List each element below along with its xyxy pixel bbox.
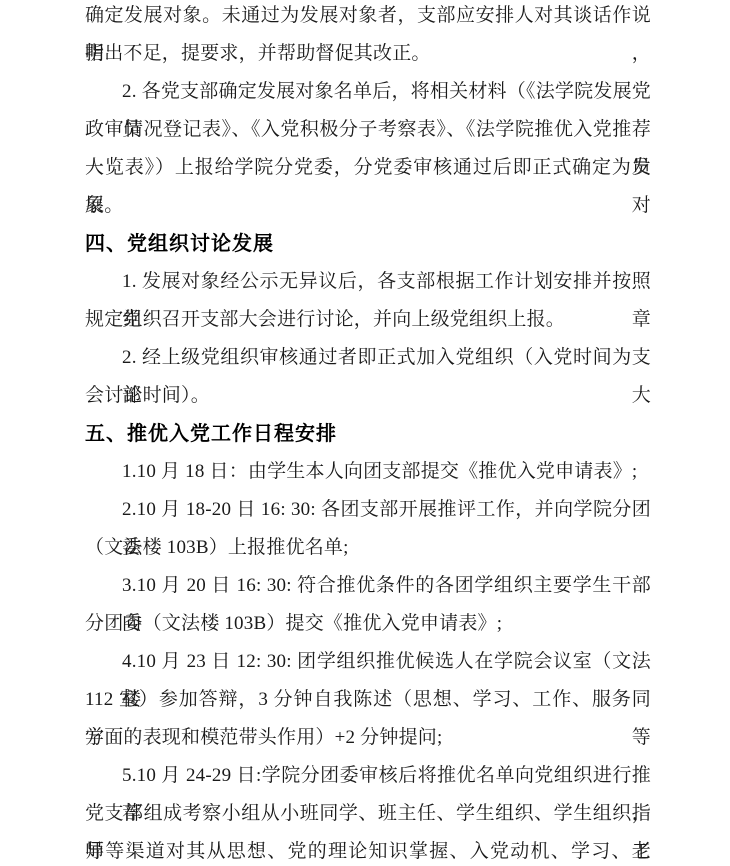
text-line: （文法楼 103B）上报推优名单;	[85, 529, 651, 567]
text-line: 分团委（文法楼 103B）提交《推优入党申请表》;	[85, 605, 651, 643]
text-line: 一览表》）上报给学院分党委，分党委审核通过后即正式确定为发展对	[85, 149, 651, 187]
text-line: 2. 各党支部确定发展对象名单后，将相关材料（《法学院发展党员	[85, 73, 651, 111]
section-heading: 四、党组织讨论发展	[85, 225, 651, 263]
document-body: 确定发展对象。未通过为发展对象者，支部应安排人对其谈话作说明，指出不足，提要求，…	[85, 0, 651, 866]
document-page: 确定发展对象。未通过为发展对象者，支部应安排人对其谈话作说明，指出不足，提要求，…	[0, 0, 730, 866]
text-line: 政审情况登记表》、《入党积极分子考察表》、《法学院推优入党推荐人员	[85, 111, 651, 149]
text-line: 2.10 月 18-20 日 16: 30: 各团支部开展推评工作，并向学院分团…	[85, 491, 651, 529]
text-line: 112 室）参加答辩，3 分钟自我陈述（思想、学习、工作、服务同学等	[85, 681, 651, 719]
text-line: 2. 经上级党组织审核通过者即正式加入党组织（入党时间为支部大	[85, 339, 651, 377]
text-line: 5.10 月 24-29 日:学院分团委审核后将推优名单向党组织进行推荐，	[85, 757, 651, 795]
text-line: 确定发展对象。未通过为发展对象者，支部应安排人对其谈话作说明，	[85, 0, 651, 35]
text-line: 党支部组成考察小组从小班同学、班主任、学生组织、学生组织指导老	[85, 795, 651, 833]
section-heading: 五、推优入党工作日程安排	[85, 415, 651, 453]
text-line: 4.10 月 23 日 12: 30: 团学组织推优候选人在学院会议室（文法楼	[85, 643, 651, 681]
text-line: 1. 发展对象经公示无异议后，各支部根据工作计划安排并按照党章	[85, 263, 651, 301]
text-line: 1.10 月 18 日：由学生本人向团支部提交《推优入党申请表》;	[85, 453, 651, 491]
text-line: 3.10 月 20 日 16: 30: 符合推优条件的各团学组织主要学生干部向	[85, 567, 651, 605]
text-line: 师等渠道对其从思想、党的理论知识掌握、入党动机、学习、工作、品	[85, 833, 651, 866]
